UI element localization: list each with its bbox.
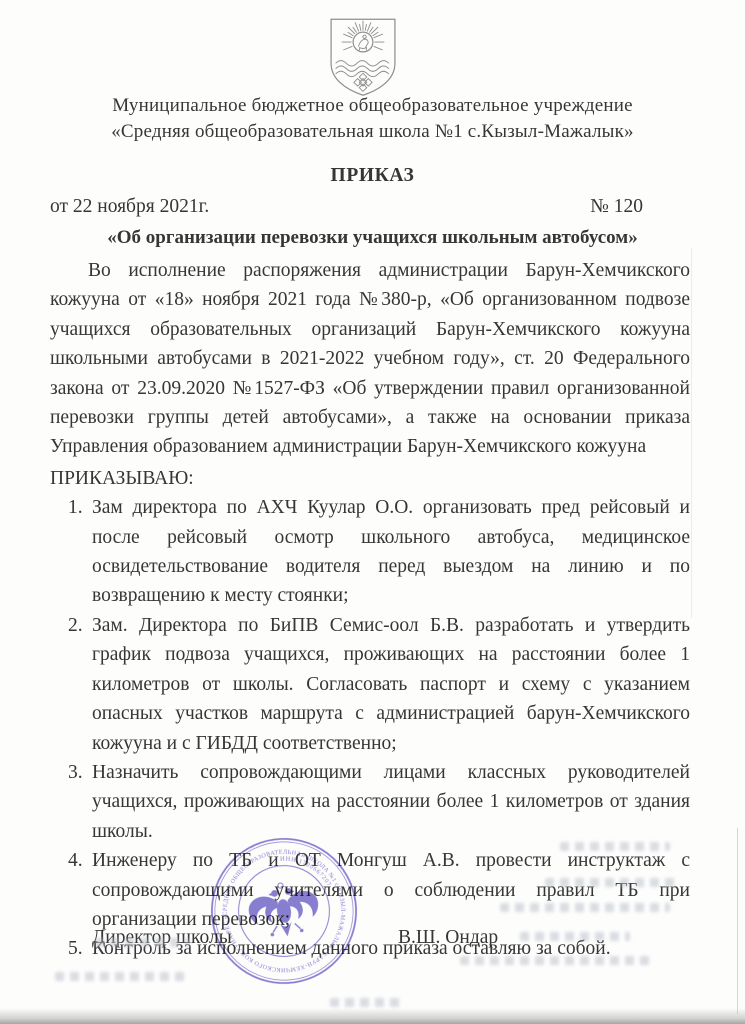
bleed-through-mark (460, 956, 650, 965)
item-number: 2. (68, 611, 83, 640)
date-line: от 22 ноября 2021г. (50, 196, 209, 218)
scan-edge-line (737, 828, 738, 1014)
bleed-through-mark (545, 878, 675, 887)
order-item: 4. Инженеру по ТБ и ОТ Монгуш А.В. прове… (50, 846, 690, 934)
bleed-through-mark (500, 903, 670, 912)
order-item: 1. Зам директора по АХЧ Куулар О.О. орга… (50, 493, 690, 611)
order-keyword: ПРИКАЗЫВАЮ: (50, 464, 690, 493)
org-name-line1: Муниципальное бюджетное общеобразователь… (0, 93, 745, 119)
scan-fold-line (691, 248, 692, 618)
bleed-through-mark (560, 842, 670, 851)
item-text: Назначить сопровождающими лицами классны… (92, 762, 690, 842)
scan-bottom-shadow (0, 1008, 745, 1024)
item-text: Зам директора по АХЧ Куулар О.О. организ… (92, 497, 690, 606)
signature-name: В.Ш. Ондар (398, 927, 498, 949)
subject-title: «Об организации перевозки учащихся школь… (0, 227, 745, 249)
bleed-through-mark (55, 972, 185, 981)
scanned-order-document: Муниципальное бюджетное общеобразователь… (0, 0, 745, 1024)
org-name-line2: «Средняя общеобразовательная школа №1 с.… (0, 119, 745, 145)
doc-type-title: ПРИКАЗ (0, 165, 745, 187)
item-text: Инженеру по ТБ и ОТ Монгуш А.В. провести… (92, 850, 690, 930)
bleed-through-mark (520, 932, 630, 941)
preamble-paragraph: Во исполнение распоряжения администрации… (50, 256, 690, 462)
date-number-row: от 22 ноября 2021г. № 120 (50, 196, 643, 218)
bleed-through-mark (330, 998, 400, 1007)
bleed-through-mark (95, 938, 190, 947)
rider-figure (358, 35, 368, 50)
order-item: 2. Зам. Директора по БиПВ Семис-оол Б.В.… (50, 611, 690, 758)
item-number: 1. (68, 493, 83, 522)
order-item: 3. Назначить сопровождающими лицами клас… (50, 758, 690, 846)
item-number: 5. (68, 934, 83, 963)
double-headed-eagle-icon (246, 878, 323, 941)
doc-number: № 120 (590, 196, 643, 218)
item-number: 4. (68, 846, 83, 875)
official-stamp: «СРЕДНЯЯ ОБЩЕОБРАЗОВАТЕЛЬНАЯ ШКОЛА №1 с.… (195, 822, 373, 1000)
org-name: Муниципальное бюджетное общеобразователь… (0, 93, 745, 145)
coat-of-arms-icon (325, 16, 401, 100)
item-text: Зам. Директора по БиПВ Семис-оол Б.В. ра… (92, 615, 690, 754)
item-number: 3. (68, 758, 83, 787)
order-list: 1. Зам директора по АХЧ Куулар О.О. орга… (50, 493, 690, 964)
document-body: Во исполнение распоряжения администрации… (50, 256, 690, 964)
